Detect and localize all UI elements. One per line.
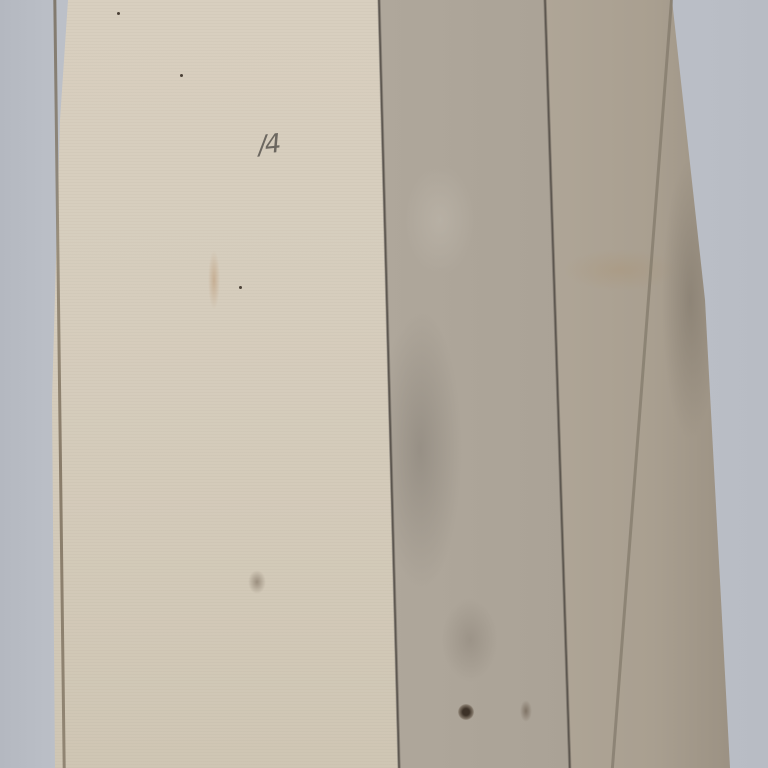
smudge-mark xyxy=(248,570,266,594)
speck xyxy=(117,12,120,15)
pencil-folio-number: /4 xyxy=(256,129,280,161)
burn-hole xyxy=(458,704,474,720)
speck xyxy=(180,74,183,77)
folded-paper-document: /4 xyxy=(0,0,768,768)
speck xyxy=(239,286,242,289)
stain-mark xyxy=(208,250,220,310)
stain-mark xyxy=(520,700,532,722)
